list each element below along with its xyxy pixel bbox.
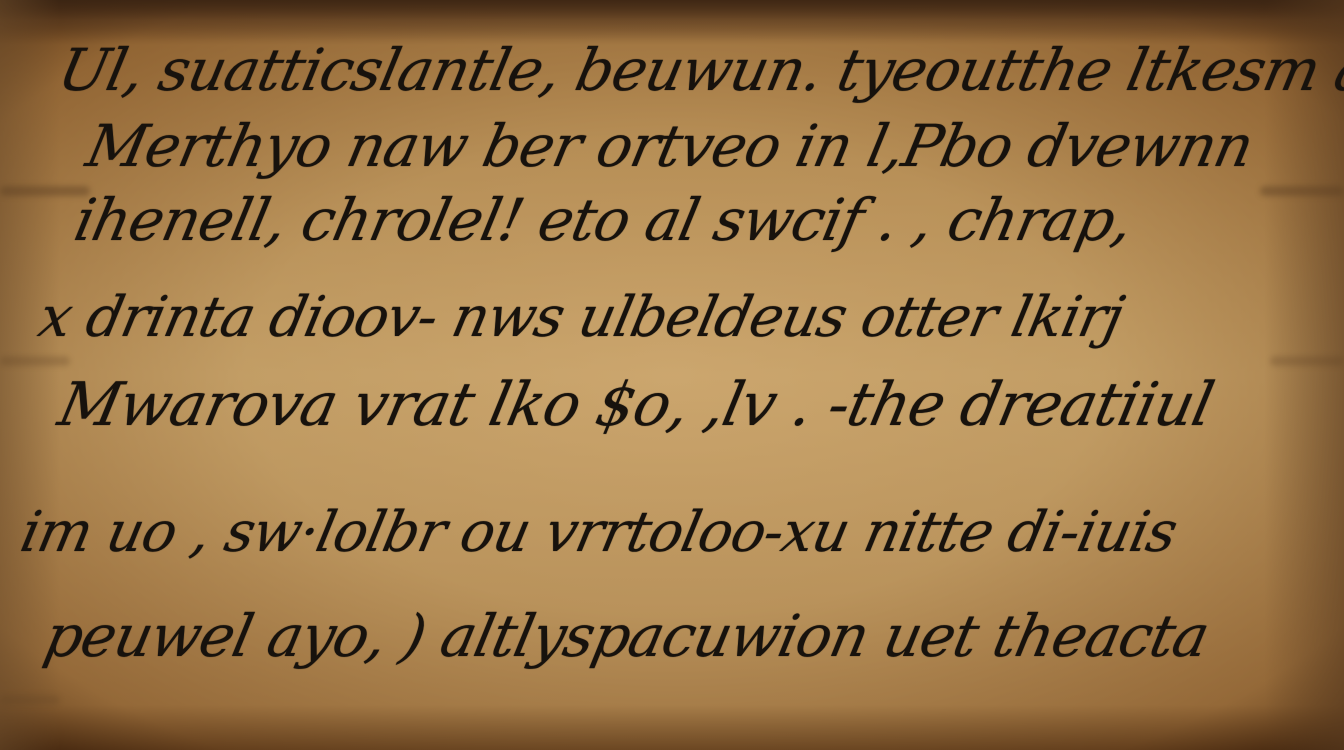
ink-smudge — [1260, 186, 1344, 196]
handwritten-line-7: peuwel ayo, ) altlyspacuwion uet theacta — [39, 602, 1215, 670]
handwritten-line-6: im uo , sw·lolbr ou vrrtoloo-xu nitte di… — [15, 500, 1182, 565]
ink-smudge — [0, 356, 70, 366]
right-edge-shadow — [1264, 0, 1344, 750]
handwritten-line-3: ihenell, chrolel! eto al swcif . , chrap… — [69, 186, 1138, 254]
handwritten-line-2: Merthyo naw ber ortveo in l,Pbo dvewnn — [81, 112, 1259, 180]
top-edge-shadow — [0, 0, 1344, 40]
handwritten-line-1: Ul, suatticslantle, beuwun. tyeoutthe lt… — [53, 36, 1344, 104]
ink-smudge — [1270, 356, 1344, 366]
ink-smudge — [0, 186, 90, 196]
ink-smudge — [0, 695, 60, 705]
handwritten-line-4: x drinta dioov- nws ulbeldeus otter lkir… — [33, 285, 1128, 350]
handwritten-line-5: Mwarova vrat lko $o, ,lv . -the dreatiiu… — [53, 370, 1219, 440]
